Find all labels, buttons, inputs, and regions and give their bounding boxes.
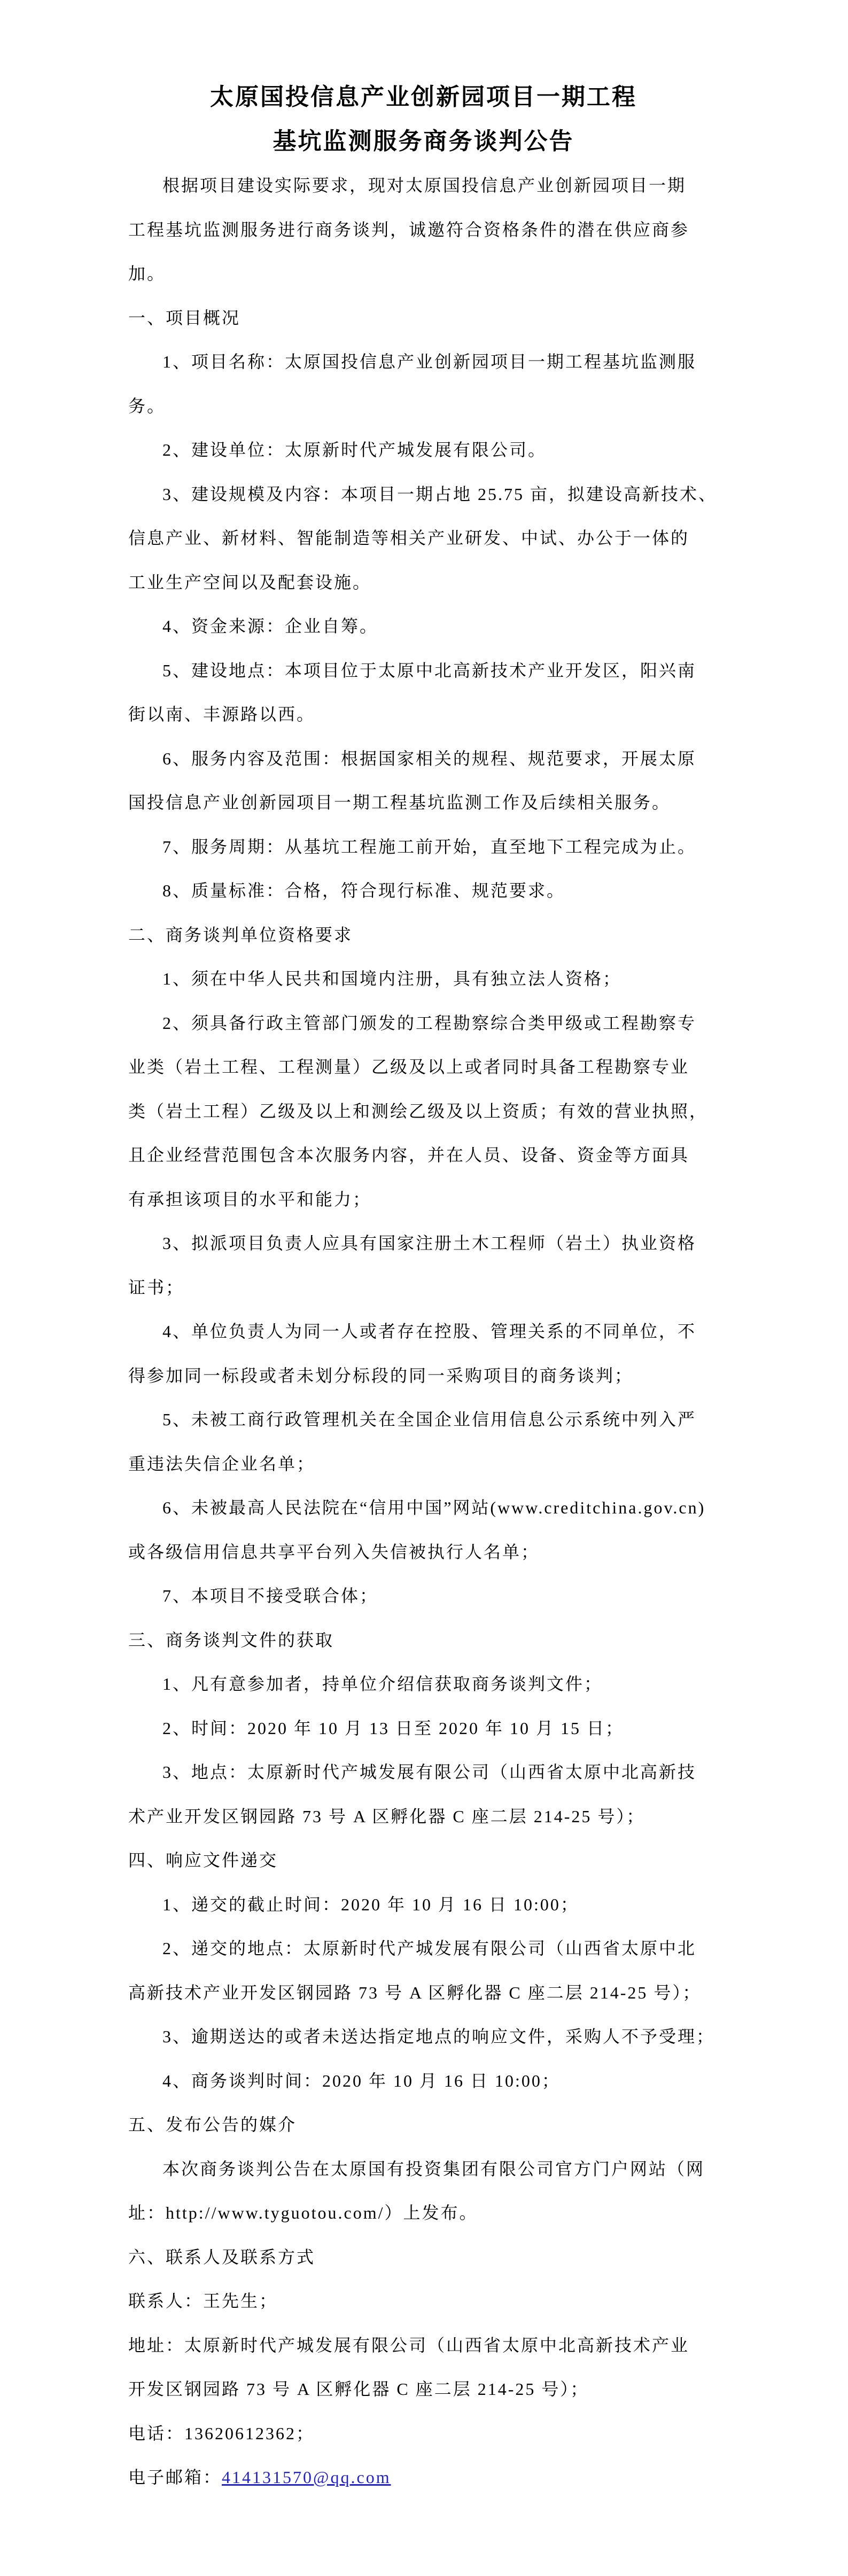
paragraph-continuation-line: 加。	[128, 252, 719, 296]
paragraph-continuation-line: 重违法失信企业名单；	[128, 1442, 719, 1486]
list-item-line: 3、地点：太原新时代产城发展有限公司（山西省太原中北高新技	[128, 1750, 719, 1794]
paragraph-continuation-line: 证书；	[128, 1266, 719, 1310]
list-item-line: 1、凡有意参加者，持单位介绍信获取商务谈判文件；	[128, 1662, 719, 1706]
section-heading: 三、商务谈判文件的获取	[128, 1618, 719, 1662]
list-item-line: 7、服务周期：从基坑工程施工前开始，直至地下工程完成为止。	[128, 825, 719, 869]
paragraph-line: 根据项目建设实际要求，现对太原国投信息产业创新园项目一期	[128, 163, 719, 208]
paragraph-continuation-line: 类（岩土工程）乙级及以上和测绘乙级及以上资质；有效的营业执照，	[128, 1089, 719, 1134]
list-item-line: 3、逾期送达的或者未送达指定地点的响应文件，采购人不予受理；	[128, 2015, 719, 2059]
paragraph-continuation-line: 工程基坑监测服务进行商务谈判，诚邀符合资格条件的潜在供应商参	[128, 208, 719, 252]
paragraph-continuation-line: 业类（岩土工程、工程测量）乙级及以上或者同时具备工程勘察专业	[128, 1045, 719, 1089]
section-heading: 六、联系人及联系方式	[128, 2235, 719, 2280]
document-body: 太原国投信息产业创新园项目一期工程 基坑监测服务商务谈判公告 根据项目建设实际要…	[128, 75, 719, 2500]
paragraph-continuation-line: 或各级信用信息共享平台列入失信被执行人名单；	[128, 1530, 719, 1574]
section-heading: 一、项目概况	[128, 296, 719, 340]
list-item-line: 2、须具备行政主管部门颁发的工程勘察综合类甲级或工程勘察专	[128, 1001, 719, 1045]
list-item-line: 4、商务谈判时间：2020 年 10 月 16 日 10:00；	[128, 2059, 719, 2103]
email-link[interactable]: 414131570@qq.com	[222, 2468, 391, 2487]
email-label: 电子邮箱：	[128, 2468, 222, 2487]
document-title-line-2: 基坑监测服务商务谈判公告	[128, 119, 719, 163]
list-item-line: 5、建设地点：本项目位于太原中北高新技术产业开发区，阳兴南	[128, 649, 719, 693]
contact-line: 地址：太原新时代产城发展有限公司（山西省太原中北高新技术产业	[128, 2323, 719, 2368]
contact-line: 联系人：王先生；	[128, 2279, 719, 2323]
list-item-line: 1、递交的截止时间：2020 年 10 月 16 日 10:00；	[128, 1883, 719, 1927]
paragraph-continuation-line: 工业生产空间以及配套设施。	[128, 560, 719, 605]
section-heading: 四、响应文件递交	[128, 1838, 719, 1883]
document-text: 根据项目建设实际要求，现对太原国投信息产业创新园项目一期工程基坑监测服务进行商务…	[128, 163, 719, 2500]
list-item-line: 3、拟派项目负责人应具有国家注册土木工程师（岩土）执业资格	[128, 1221, 719, 1266]
paragraph-continuation-line: 开发区钢园路 73 号 A 区孵化器 C 座二层 214-25 号）；	[128, 2367, 719, 2411]
paragraph-continuation-line: 国投信息产业创新园项目一期工程基坑监测工作及后续相关服务。	[128, 780, 719, 825]
list-item-line: 3、建设规模及内容：本项目一期占地 25.75 亩，拟建设高新技术、	[128, 472, 719, 517]
paragraph-continuation-line: 且企业经营范围包含本次服务内容，并在人员、设备、资金等方面具	[128, 1133, 719, 1177]
paragraph-continuation-line: 街以南、丰源路以西。	[128, 692, 719, 737]
list-item-line: 2、递交的地点：太原新时代产城发展有限公司（山西省太原中北	[128, 1926, 719, 1971]
list-item-line: 8、质量标准：合格，符合现行标准、规范要求。	[128, 869, 719, 913]
paragraph-continuation-line: 术产业开发区钢园路 73 号 A 区孵化器 C 座二层 214-25 号）；	[128, 1794, 719, 1839]
list-item-line: 4、单位负责人为同一人或者存在控股、管理关系的不同单位，不	[128, 1309, 719, 1354]
paragraph-continuation-line: 信息产业、新材料、智能制造等相关产业研发、中试、办公于一体的	[128, 516, 719, 560]
list-item-line: 6、服务内容及范围：根据国家相关的规程、规范要求，开展太原	[128, 737, 719, 781]
list-item-line: 1、须在中华人民共和国境内注册，具有独立法人资格；	[128, 957, 719, 1001]
paragraph-line: 本次商务谈判公告在太原国有投资集团有限公司官方门户网站（网	[128, 2147, 719, 2191]
paragraph-continuation-line: 有承担该项目的水平和能力；	[128, 1177, 719, 1222]
contact-line: 电话：13620612362；	[128, 2411, 719, 2456]
section-heading: 五、发布公告的媒介	[128, 2103, 719, 2147]
list-item-line: 1、项目名称：太原国投信息产业创新园项目一期工程基坑监测服	[128, 340, 719, 384]
list-item-line: 5、未被工商行政管理机关在全国企业信用信息公示系统中列入严	[128, 1398, 719, 1442]
list-item-line: 6、未被最高人民法院在“信用中国”网站(www.creditchina.gov.…	[128, 1486, 719, 1530]
list-item-line: 2、建设单位：太原新时代产城发展有限公司。	[128, 428, 719, 472]
list-item-line: 7、本项目不接受联合体；	[128, 1574, 719, 1618]
document-page: 太原国投信息产业创新园项目一期工程 基坑监测服务商务谈判公告 根据项目建设实际要…	[0, 0, 848, 2576]
paragraph-continuation-line: 高新技术产业开发区钢园路 73 号 A 区孵化器 C 座二层 214-25 号）…	[128, 1971, 719, 2015]
document-title-line-1: 太原国投信息产业创新园项目一期工程	[128, 75, 719, 119]
section-heading: 二、商务谈判单位资格要求	[128, 913, 719, 957]
email-line: 电子邮箱：414131570@qq.com	[128, 2455, 719, 2500]
paragraph-continuation-line: 得参加同一标段或者未划分标段的同一采购项目的商务谈判；	[128, 1354, 719, 1398]
paragraph-continuation-line: 务。	[128, 384, 719, 428]
paragraph-continuation-line: 址：http://www.tyguotou.com/）上发布。	[128, 2191, 719, 2235]
list-item-line: 4、资金来源：企业自筹。	[128, 604, 719, 649]
list-item-line: 2、时间：2020 年 10 月 13 日至 2020 年 10 月 15 日；	[128, 1706, 719, 1751]
